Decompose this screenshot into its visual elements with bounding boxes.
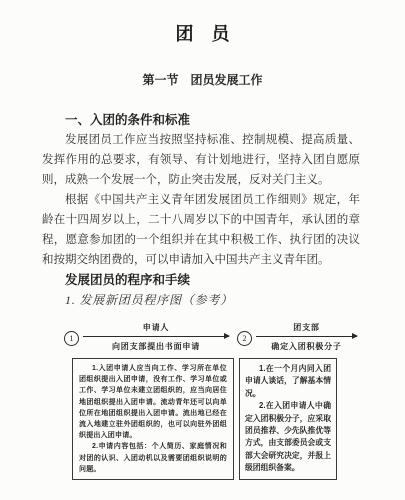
document-page: 团 员 第一节 团员发展工作 一、入团的条件和标准 发展团员工作应当按照坚持标准… bbox=[0, 0, 405, 500]
flow-step-1-actor: 申请人 bbox=[83, 321, 229, 334]
paragraph-requirements: 发展团员工作应当按照坚持标准、控制规模、提高质量、发挥作用的总要求，有领导、有计… bbox=[42, 130, 360, 190]
section-heading: 第一节 团员发展工作 bbox=[0, 71, 405, 88]
arrow-right-icon bbox=[83, 336, 229, 337]
page-title: 团 员 bbox=[0, 20, 405, 46]
note-box-branch-duties: 1.在一个月内同入团申请人谈话，了解基本情况。 2.在入团申请人中确定入团积极分… bbox=[239, 358, 337, 480]
note-paragraph: 1.在一个月内同入团申请人谈话，了解基本情况。 bbox=[245, 363, 331, 400]
paragraph-age-rules: 根据《中国共产主义青年团发展团员工作细则》规定，年龄在十四周岁以上，二十八周岁以… bbox=[42, 190, 360, 270]
note-box-application: 1.入团申请人应当向工作、学习所在单位团组织提出入团申请，没有工作、学习单位或工… bbox=[72, 358, 234, 480]
subsection-heading-procedure: 发展团员的程序和手续 bbox=[65, 270, 360, 290]
flow-step-1-labels: 申请人 向团支部提出书面申请 bbox=[83, 321, 229, 353]
flow-step-1-action: 向团支部提出书面申请 bbox=[83, 340, 229, 353]
note-paragraph: 1.入团申请人应当向工作、学习所在单位团组织提出入团申请，没有工作、学习单位或工… bbox=[79, 363, 227, 441]
flow-step-2: 2 团支部 确定入团积极分子 bbox=[237, 321, 357, 353]
flow-step-2-labels: 团支部 确定入团积极分子 bbox=[256, 321, 357, 353]
body-text: 一、入团的条件和标准 发展团员工作应当按照坚持标准、控制规模、提高质量、发挥作用… bbox=[42, 110, 360, 310]
note-paragraph: 2.在入团申请人中确定入团积极分子，应采取团员推荐、少先队推优等方式，由支部委员… bbox=[245, 400, 331, 474]
flow-step-2-action: 确定入团积极分子 bbox=[256, 340, 357, 353]
subsection-heading-conditions: 一、入团的条件和标准 bbox=[65, 110, 360, 130]
flow-step-2-actor: 团支部 bbox=[256, 321, 357, 334]
flow-step-1: 1 申请人 向团支部提出书面申请 bbox=[64, 321, 229, 353]
step-number-circle-2: 2 bbox=[237, 331, 252, 346]
note-paragraph: 2.申请内容包括：个人简历、家庭情况和对团的认识、入团动机以及需要团组织说明的问… bbox=[79, 441, 227, 475]
step-number-circle-1: 1 bbox=[64, 331, 79, 346]
figure-caption: 1. 发展新团员程序图（参考） bbox=[65, 290, 360, 310]
arrow-right-icon bbox=[256, 336, 357, 337]
